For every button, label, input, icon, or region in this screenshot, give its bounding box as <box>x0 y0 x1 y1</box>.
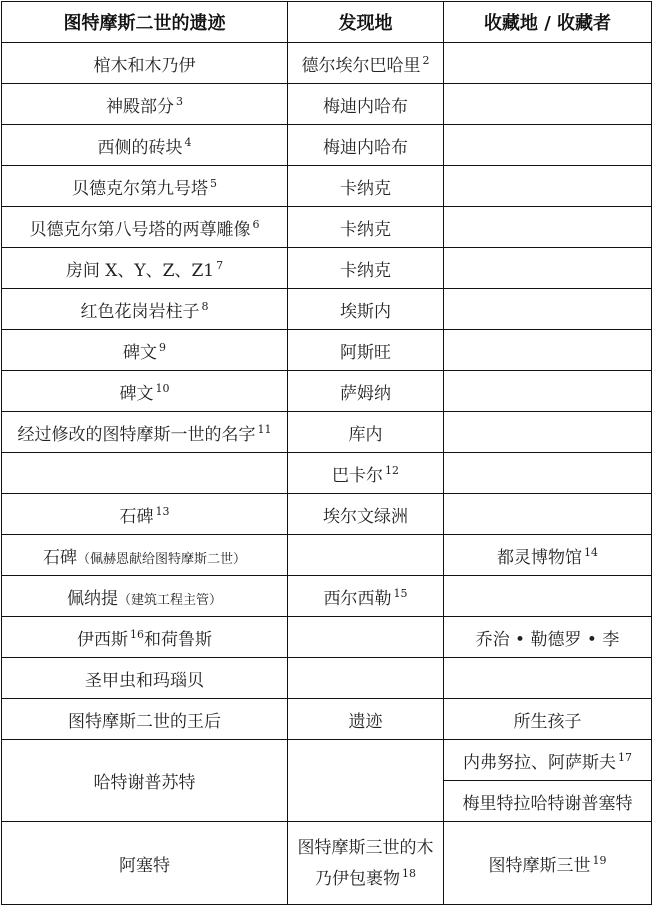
relic-cell: 经过修改的图特摩斯一世的名字11 <box>2 412 288 453</box>
holder-cell: 内弗努拉、阿萨斯夫17 <box>444 740 652 781</box>
relic-cell: 伊西斯16和荷鲁斯 <box>2 617 288 658</box>
relic-cell-note: （佩赫恩献给图特摩斯二世） <box>77 552 246 567</box>
site-cell: 西尔西勒15 <box>288 576 444 617</box>
relic-cell: 碑文10 <box>2 371 288 412</box>
footnote-ref: 6 <box>253 218 260 231</box>
holder-cell <box>444 248 652 289</box>
site-cell: 梅迪内哈布 <box>288 84 444 125</box>
holder-cell <box>444 453 652 494</box>
holder-cell <box>444 84 652 125</box>
table-row: 伊西斯16和荷鲁斯乔治 • 勒德罗 • 李 <box>2 617 652 658</box>
relic-cell: 阿塞特 <box>2 822 288 905</box>
holder-cell <box>444 207 652 248</box>
footnote-ref: 18 <box>402 867 416 880</box>
footnote-ref: 9 <box>159 341 166 354</box>
table-row: 圣甲虫和玛瑙贝 <box>2 658 652 699</box>
footnote-ref: 16 <box>130 628 144 641</box>
holder-cell <box>444 43 652 84</box>
holder-cell-text: 图特摩斯三世 <box>489 856 591 876</box>
table-row: 图特摩斯二世的王后遗迹所生孩子 <box>2 699 652 740</box>
site-cell <box>288 535 444 576</box>
footnote-ref: 15 <box>394 587 408 600</box>
holder-cell <box>444 289 652 330</box>
table-row: 红色花岗岩柱子8埃斯内 <box>2 289 652 330</box>
site-cell-text: 卡纳克 <box>340 179 391 199</box>
relic-cell: 哈特谢普苏特 <box>2 740 288 822</box>
table-row: 石碑13埃尔文绿洲 <box>2 494 652 535</box>
relic-cell <box>2 453 288 494</box>
site-cell: 梅迪内哈布 <box>288 125 444 166</box>
site-cell-text: 图特摩斯三世的木乃伊包裹物 <box>298 838 434 889</box>
header-row: 图特摩斯二世的遗迹 发现地 收藏地 / 收藏者 <box>2 2 652 43</box>
relic-cell-text: 阿塞特 <box>119 856 170 876</box>
relic-cell: 碑文9 <box>2 330 288 371</box>
site-cell: 德尔埃尔巴哈里2 <box>288 43 444 84</box>
relic-cell-text: 房间 X、Y、Z、Z1 <box>66 261 214 281</box>
relic-cell-note: （建筑工程主管） <box>118 593 222 608</box>
footnote-ref: 4 <box>185 136 192 149</box>
holder-cell-text: 乔治 • 勒德罗 • 李 <box>476 630 620 650</box>
table-row: 石碑（佩赫恩献给图特摩斯二世）都灵博物馆14 <box>2 535 652 576</box>
relic-cell-text: 棺木和木乃伊 <box>94 56 196 76</box>
footnote-ref: 3 <box>176 95 183 108</box>
holder-cell-text: 梅里特拉哈特谢普塞特 <box>463 794 633 814</box>
relic-cell: 红色花岗岩柱子8 <box>2 289 288 330</box>
site-cell: 巴卡尔12 <box>288 453 444 494</box>
footnote-ref: 5 <box>210 177 217 190</box>
table-row: 阿塞特图特摩斯三世的木乃伊包裹物18图特摩斯三世19 <box>2 822 652 905</box>
site-cell-text: 卡纳克 <box>340 261 391 281</box>
table-row: 神殿部分3梅迪内哈布 <box>2 84 652 125</box>
relic-cell: 棺木和木乃伊 <box>2 43 288 84</box>
holder-cell <box>444 371 652 412</box>
site-cell-text: 阿斯旺 <box>340 343 391 363</box>
table-row: 巴卡尔12 <box>2 453 652 494</box>
site-cell: 图特摩斯三世的木乃伊包裹物18 <box>288 822 444 905</box>
relic-cell-text: 石碑 <box>43 548 77 568</box>
relic-cell-text: 和荷鲁斯 <box>144 630 212 650</box>
relic-cell: 神殿部分3 <box>2 84 288 125</box>
relic-cell: 贝德克尔第九号塔5 <box>2 166 288 207</box>
site-cell-text: 梅迪内哈布 <box>323 97 408 117</box>
header-holder: 收藏地 / 收藏者 <box>444 2 652 43</box>
relic-cell: 房间 X、Y、Z、Z17 <box>2 248 288 289</box>
site-cell: 埃斯内 <box>288 289 444 330</box>
site-cell: 卡纳克 <box>288 207 444 248</box>
holder-cell-text: 都灵博物馆 <box>497 548 582 568</box>
site-cell: 埃尔文绿洲 <box>288 494 444 535</box>
site-cell-text: 梅迪内哈布 <box>323 138 408 158</box>
site-cell: 卡纳克 <box>288 248 444 289</box>
holder-cell <box>444 166 652 207</box>
holder-cell <box>444 412 652 453</box>
holder-cell-text: 内弗努拉、阿萨斯夫 <box>463 753 616 773</box>
table-row: 经过修改的图特摩斯一世的名字11库内 <box>2 412 652 453</box>
footnote-ref: 8 <box>202 300 209 313</box>
site-cell: 萨姆纳 <box>288 371 444 412</box>
relic-cell-text: 贝德克尔第八号塔的两尊雕像 <box>30 220 251 240</box>
relic-cell-text: 碑文 <box>123 343 157 363</box>
footnote-ref: 14 <box>584 546 598 559</box>
site-cell: 遗迹 <box>288 699 444 740</box>
header-relic: 图特摩斯二世的遗迹 <box>2 2 288 43</box>
footnote-ref: 12 <box>385 464 399 477</box>
site-cell-text: 德尔埃尔巴哈里 <box>302 56 421 76</box>
relic-cell: 贝德克尔第八号塔的两尊雕像6 <box>2 207 288 248</box>
holder-cell: 图特摩斯三世19 <box>444 822 652 905</box>
relic-cell-text: 碑文 <box>120 384 154 404</box>
relic-cell-text: 伊西斯 <box>77 630 128 650</box>
footnote-ref: 10 <box>156 382 170 395</box>
relic-cell: 圣甲虫和玛瑙贝 <box>2 658 288 699</box>
relic-cell-text: 圣甲虫和玛瑙贝 <box>85 671 204 691</box>
footnote-ref: 13 <box>156 505 170 518</box>
site-cell-text: 遗迹 <box>349 712 383 732</box>
holder-cell: 所生孩子 <box>444 699 652 740</box>
holder-cell: 都灵博物馆14 <box>444 535 652 576</box>
site-cell-text: 埃斯内 <box>340 302 391 322</box>
relic-cell: 西侧的砖块4 <box>2 125 288 166</box>
footnote-ref: 11 <box>258 423 272 436</box>
footnote-ref: 19 <box>593 854 607 867</box>
relic-cell-text: 神殿部分 <box>106 97 174 117</box>
table-row: 哈特谢普苏特内弗努拉、阿萨斯夫17 <box>2 740 652 781</box>
holder-cell-text: 所生孩子 <box>514 712 582 732</box>
site-cell-text: 巴卡尔 <box>332 466 383 486</box>
site-cell: 阿斯旺 <box>288 330 444 371</box>
header-site: 发现地 <box>288 2 444 43</box>
holder-cell <box>444 576 652 617</box>
footnote-ref: 17 <box>618 751 632 764</box>
site-cell-text: 萨姆纳 <box>340 384 391 404</box>
relic-cell: 石碑13 <box>2 494 288 535</box>
site-cell-text: 埃尔文绿洲 <box>323 507 408 527</box>
site-cell: 卡纳克 <box>288 166 444 207</box>
site-cell <box>288 658 444 699</box>
holder-cell <box>444 658 652 699</box>
relic-cell-text: 石碑 <box>120 507 154 527</box>
holder-cell: 乔治 • 勒德罗 • 李 <box>444 617 652 658</box>
site-cell: 库内 <box>288 412 444 453</box>
relic-cell: 石碑（佩赫恩献给图特摩斯二世） <box>2 535 288 576</box>
relic-cell-text: 红色花岗岩柱子 <box>81 302 200 322</box>
table-row: 佩纳提（建筑工程主管）西尔西勒15 <box>2 576 652 617</box>
relic-cell-text: 贝德克尔第九号塔 <box>72 179 208 199</box>
site-cell <box>288 617 444 658</box>
relic-cell-text: 佩纳提 <box>67 589 118 609</box>
footnote-ref: 7 <box>216 259 223 272</box>
table-row: 贝德克尔第八号塔的两尊雕像6卡纳克 <box>2 207 652 248</box>
site-cell-text: 西尔西勒 <box>324 589 392 609</box>
holder-cell <box>444 330 652 371</box>
site-cell-text: 卡纳克 <box>340 220 391 240</box>
table-row: 西侧的砖块4梅迪内哈布 <box>2 125 652 166</box>
holder-cell: 梅里特拉哈特谢普塞特 <box>444 781 652 822</box>
site-cell <box>288 740 444 822</box>
relic-cell-text: 哈特谢普苏特 <box>94 773 196 793</box>
relic-cell-text: 经过修改的图特摩斯一世的名字 <box>18 425 256 445</box>
relic-cell-text: 西侧的砖块 <box>98 138 183 158</box>
footnote-ref: 2 <box>423 54 430 67</box>
site-cell-text: 库内 <box>349 425 383 445</box>
table-row: 碑文10萨姆纳 <box>2 371 652 412</box>
table-row: 碑文9阿斯旺 <box>2 330 652 371</box>
relic-cell: 佩纳提（建筑工程主管） <box>2 576 288 617</box>
relic-cell: 图特摩斯二世的王后 <box>2 699 288 740</box>
table-row: 棺木和木乃伊德尔埃尔巴哈里2 <box>2 43 652 84</box>
table-row: 贝德克尔第九号塔5卡纳克 <box>2 166 652 207</box>
relic-cell-text: 图特摩斯二世的王后 <box>68 712 221 732</box>
table-row: 房间 X、Y、Z、Z17卡纳克 <box>2 248 652 289</box>
holder-cell <box>444 125 652 166</box>
relics-table: 图特摩斯二世的遗迹 发现地 收藏地 / 收藏者 棺木和木乃伊德尔埃尔巴哈里2神殿… <box>1 1 652 905</box>
holder-cell <box>444 494 652 535</box>
